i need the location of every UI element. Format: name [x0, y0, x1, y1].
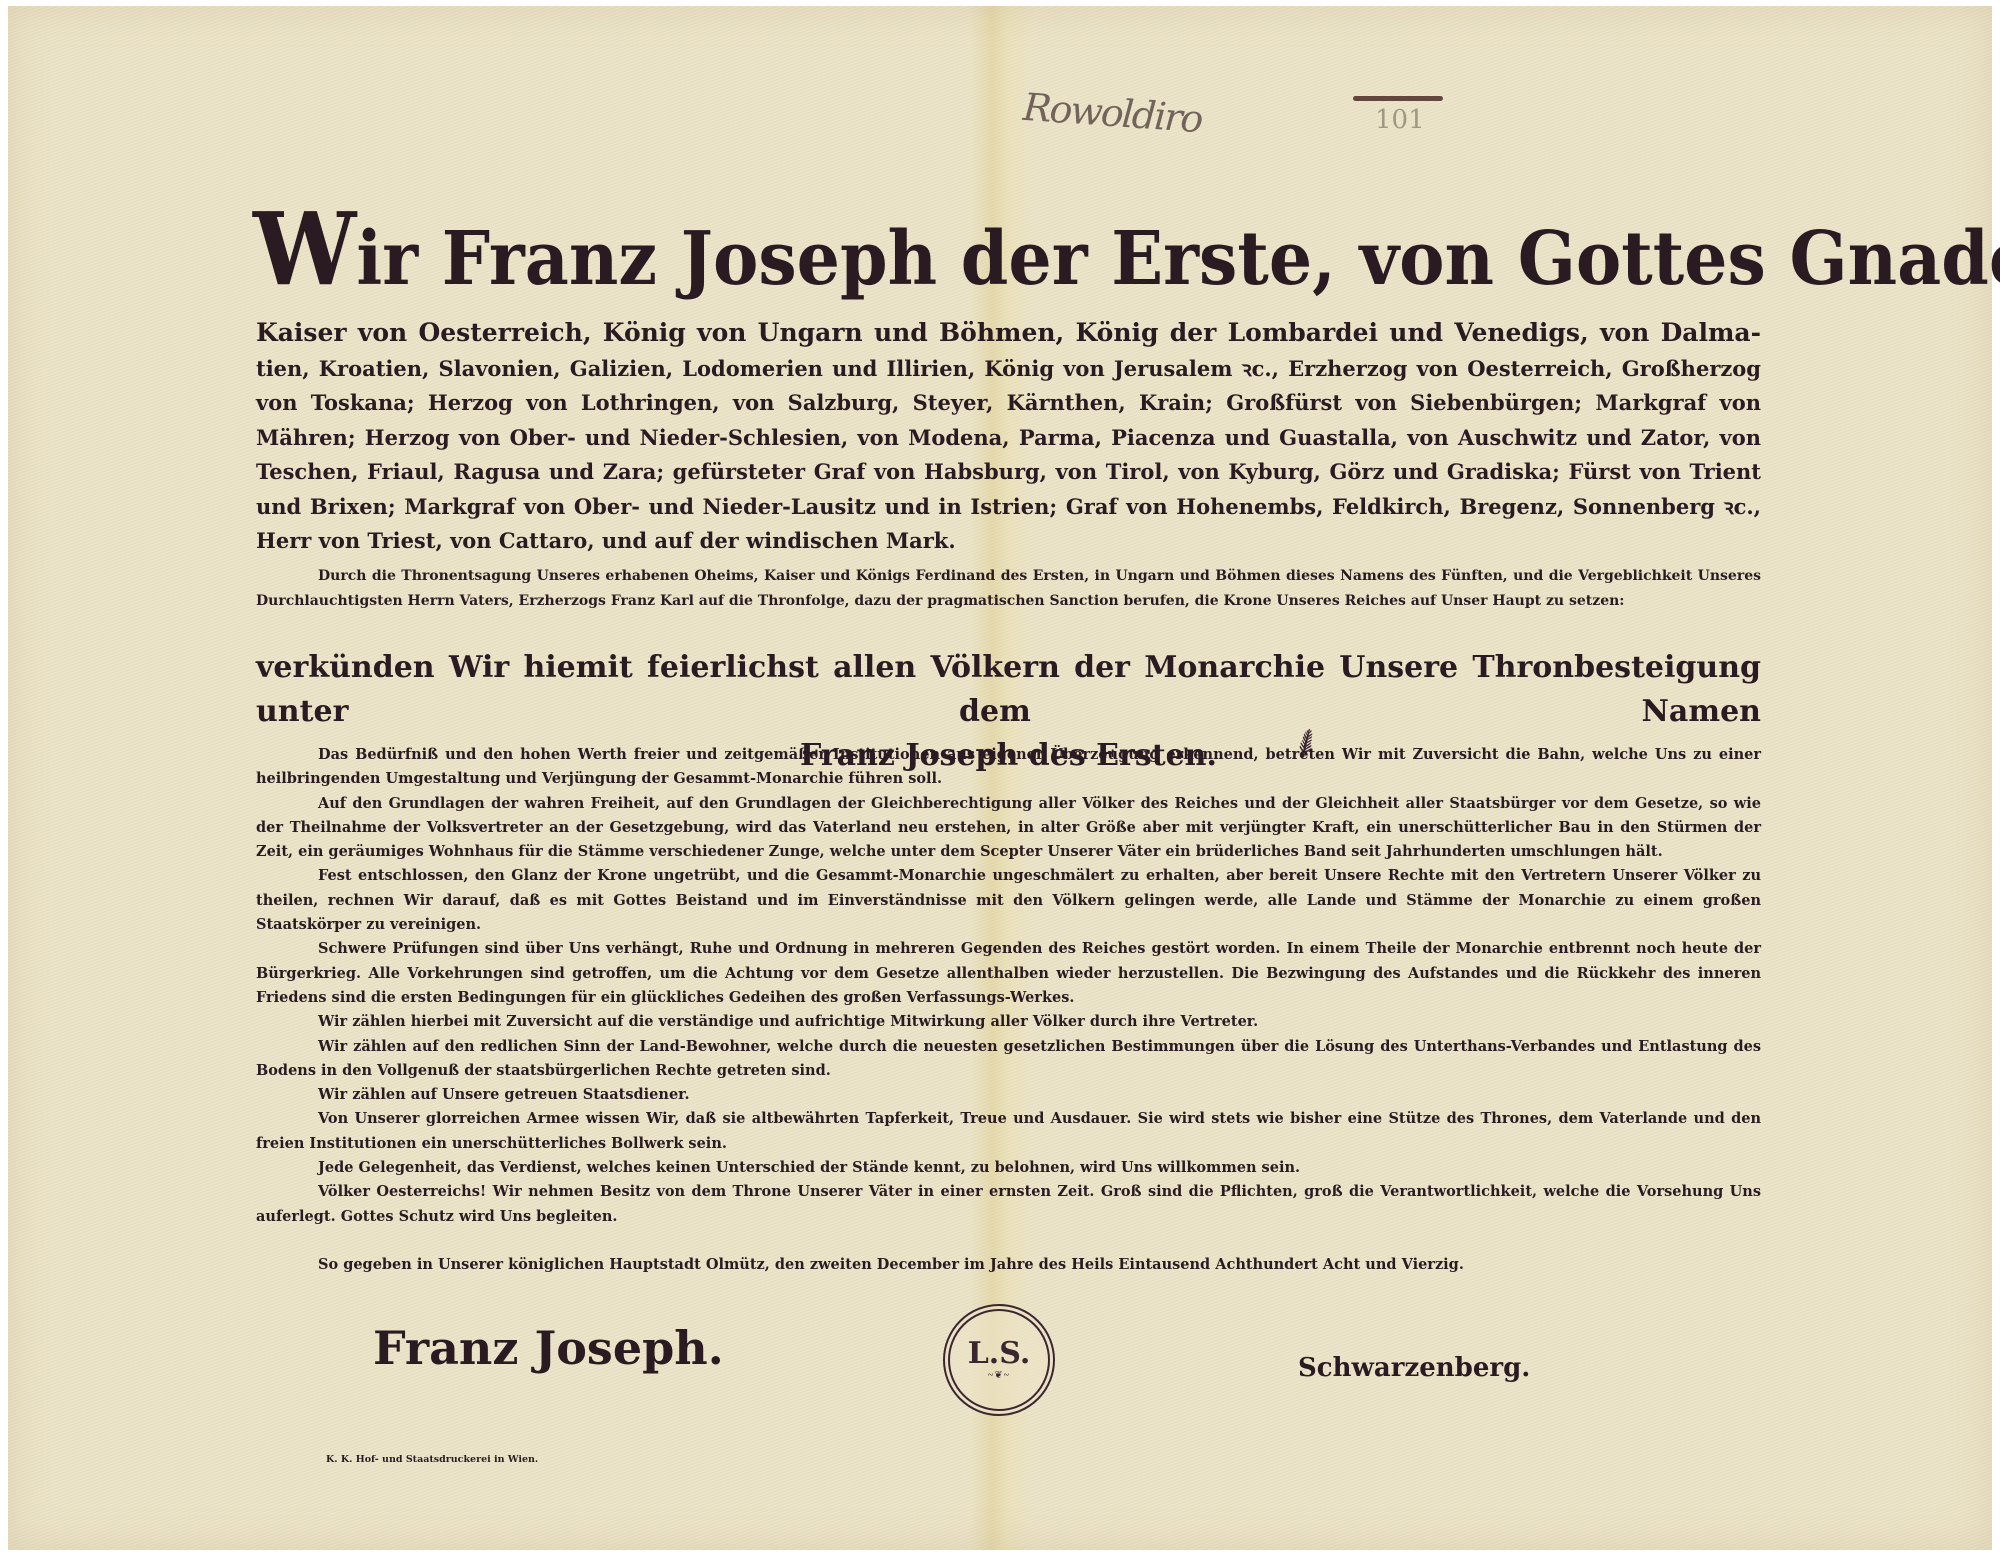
seal-text: L.S.	[968, 1338, 1031, 1370]
sovereign-titles-first-line: Kaiser von Oesterreich, König von Ungarn…	[256, 318, 1761, 347]
body-text: Das Bedürfniß und den hohen Werth freier…	[256, 743, 1761, 1229]
body-paragraph: Fest entschlossen, den Glanz der Krone u…	[256, 864, 1761, 937]
body-paragraph: Wir zählen auf den redlichen Sinn der La…	[256, 1035, 1761, 1084]
body-paragraph: Schwere Prüfungen sind über Uns verhängt…	[256, 937, 1761, 1010]
body-paragraph: Völker Oesterreichs! Wir nehmen Besitz v…	[256, 1180, 1761, 1229]
body-paragraph: Wir zählen hierbei mit Zuversicht auf di…	[256, 1010, 1761, 1034]
sovereign-signature: Franz Joseph.	[373, 1318, 724, 1378]
proclamation-title: Wir Franz Joseph der Erste, von Gottes G…	[253, 204, 1642, 304]
printer-imprint: K. K. Hof- und Staatsdruckerei in Wien.	[326, 1454, 538, 1466]
title-rest: ir Franz Joseph der Erste, von Gottes Gn…	[356, 216, 2000, 302]
sovereign-titles: Kaiser von Oesterreich, König von Ungarn…	[256, 316, 1761, 559]
body-paragraph: Das Bedürfniß und den hohen Werth freier…	[256, 743, 1761, 792]
countersignature: Schwarzenberg.	[1298, 1351, 1530, 1385]
title-initial: W	[253, 190, 356, 308]
seal-stamp: L.S. ~❦~	[943, 1304, 1055, 1416]
preamble: Durch die Thronentsagung Unseres erhaben…	[256, 564, 1761, 614]
catalog-mark: 101	[1353, 96, 1443, 135]
catalog-mark-underline	[1353, 96, 1443, 101]
body-paragraph: Von Unserer glorreichen Armee wissen Wir…	[256, 1107, 1761, 1156]
catalog-number: 101	[1375, 105, 1443, 135]
body-paragraph: Wir zählen auf Unsere getreuen Staatsdie…	[256, 1083, 1761, 1107]
seal-ornament-icon: ~❦~	[988, 1370, 1010, 1382]
body-paragraph: Auf den Grundlagen der wahren Freiheit, …	[256, 792, 1761, 865]
sovereign-titles-rest: tien, Kroatien, Slavonien, Galizien, Lod…	[256, 356, 1761, 554]
handwritten-annotation: Rowoldiro	[1022, 85, 1203, 141]
dating-clause: So gegeben in Unserer königlichen Haupts…	[318, 1253, 1718, 1277]
body-paragraph: Jede Gelegenheit, das Verdienst, welches…	[256, 1156, 1761, 1180]
document-sheet: Rowoldiro 101 Wir Franz Joseph der Erste…	[8, 6, 1992, 1550]
proclamation-line-1: verkünden Wir hiemit feierlichst allen V…	[256, 646, 1761, 734]
